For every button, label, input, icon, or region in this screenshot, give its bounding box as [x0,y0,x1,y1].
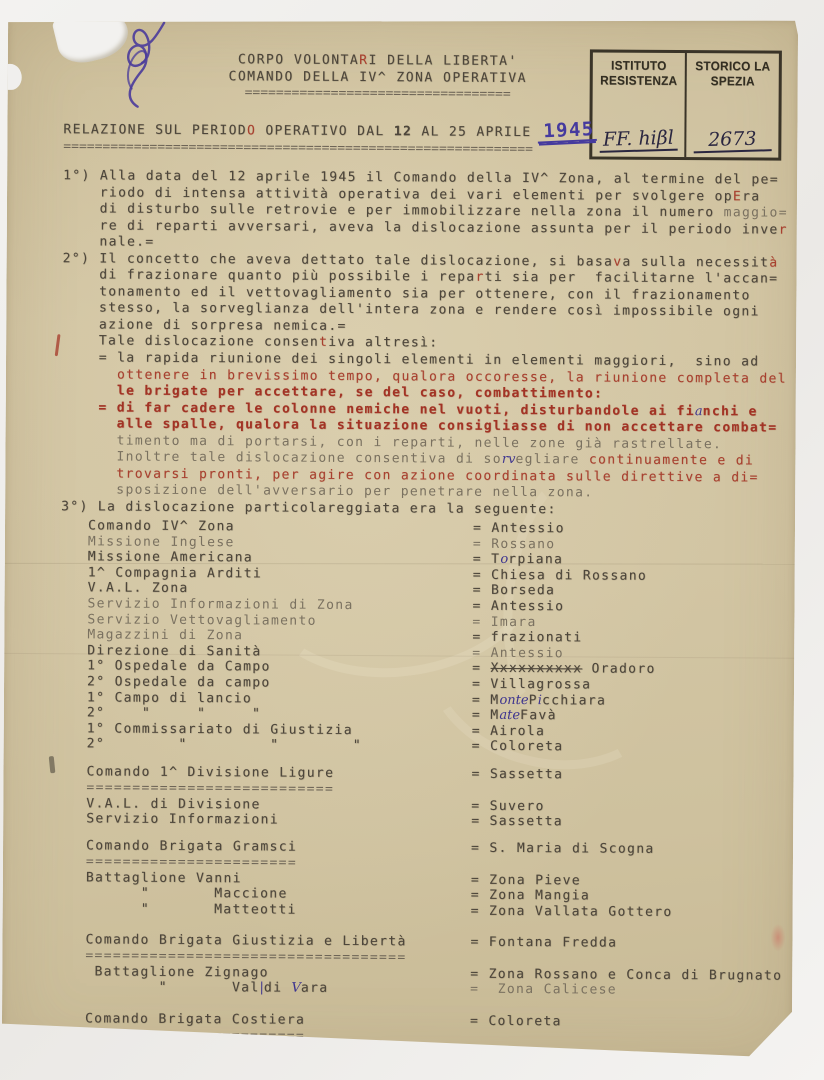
unit-label: 2° " " " [87,737,472,755]
report-title: RELAZIONE SUL PERIODO OPERATIVO DAL 12 A… [63,122,531,140]
location-value: = Antessio [473,521,565,537]
text-segment: = Zona Mangia [471,888,590,904]
label-underline: ======================== [85,1027,785,1047]
text-segment: Battaglione Zignago [85,964,269,980]
text-segment: r [779,222,788,237]
text-segment: Missione Americana [88,550,253,566]
text-segment: Oradoro [582,662,656,677]
blank-line [87,752,97,764]
text-segment [61,466,116,481]
text-segment: cchiara [542,693,606,708]
location-value: = Rossano [473,536,556,552]
location-value: = Borseda [473,583,556,599]
text-segment: = frazionati [472,630,582,646]
text-segment: maggio= [724,205,788,220]
text-segment: E [733,189,742,204]
header-rule: ================================== [198,85,558,102]
text-segment: R [359,53,368,68]
text-segment: Comando Brigata Giustizia e Libertà [85,932,406,949]
text-segment: egliare [515,452,589,467]
location-value: = Zona Pieve [471,872,581,888]
text-line: 3°) La dislocazione particolareggiata er… [61,499,773,520]
location-value: = MontePicchiara [472,692,606,708]
text-segment: di frazionare quanto più possibile i rep… [62,267,475,285]
location-value: = Antessio [472,599,564,615]
text-segment: = Rossano [473,536,556,552]
text-segment: v [613,254,622,269]
text-segment: re di reparti avversari, aveva la disloc… [63,218,779,237]
text-segment: = [472,661,490,676]
location-value: = Zona Vallata Gottero [471,904,673,921]
text-segment: I DELLA LIBERTA' [368,53,517,69]
text-segment: = di far cadere le colonne nemiche nel v… [98,400,695,419]
header-line-command: COMANDO DELLA IV^ ZONA OPERATIVA [198,68,558,87]
text-segment: = Zona Vallata Gottero [471,904,673,920]
text-segment: = Villagrossa [472,677,591,693]
text-segment: Comando Brigata Gramsci [86,838,297,854]
text-segment: le brigate per accettare, se del caso, c… [117,384,603,402]
ink-speck [49,756,56,773]
text-segment: 2° " " " [87,705,261,721]
text-segment: rpiana [508,552,563,567]
text-segment: azione di sorpresa nemica.= [62,317,347,334]
location-value: = Chiesa di Rossano [473,568,647,585]
text-segment: 1° Ospedale da Campo [87,659,271,675]
location-value: = Coloreta [472,739,564,755]
text-segment: Comando IV^ Zona [88,518,235,534]
report-title-block: RELAZIONE SUL PERIODO OPERATIVO DAL 12 A… [63,118,596,157]
text-segment: = Imara [472,614,536,629]
report-paragraphs: 1°) Alla data del 12 aprile 1945 il Coma… [61,168,775,520]
photo-backdrop: ISTITUTO RESISTENZA FF. hiβl STORICO LA … [0,0,824,1080]
text-segment: OPERATIVO DAL [256,123,394,139]
text-segment: Servizio Vettovagliamento [87,612,317,628]
text-segment: = S. Maria di Scogna [471,841,655,857]
text-segment: = Antessio [472,645,564,661]
text-segment: = Antessio [473,521,565,537]
location-value: = Airola [472,723,546,739]
text-segment: = M [472,692,500,707]
text-segment: Comando Brigata Costiera [85,1012,305,1028]
blank-line [85,996,95,1012]
text-segment: = Sassetta [471,814,563,830]
location-value: = S. Maria di Scogna [471,841,655,858]
text-segment: O [247,123,256,138]
text-segment [62,367,117,382]
text-segment: = Zona Rossano e Conca di Brugnato [470,966,782,983]
text-segment [62,416,117,431]
document-page: ISTITUTO RESISTENZA FF. hiβl STORICO LA … [2,16,798,1061]
text-segment: = Suvero [471,798,545,813]
blank-line [86,827,96,838]
text-segment [62,400,99,415]
text-segment: = Borseda [473,583,556,599]
text-segment: Magazzini di Zona [87,628,243,644]
text-segment: 12 [394,124,412,139]
location-value: = Zona Mangia [471,888,590,905]
text-segment: 1° Commissariato di Giustizia [87,721,353,738]
text-segment: t [319,335,328,350]
list-row: 2° " " "= Coloreta [87,737,787,757]
text-segment: ra [742,189,760,204]
list-row: Servizio Informazioni= Sassetta [86,812,786,832]
text-segment: = Zona Calicese [470,982,617,998]
location-value: = Villagrossa [472,677,591,693]
location-value: = Antessio [472,645,564,661]
text-segment: r [475,270,484,285]
location-value: = Suvero [471,798,545,814]
location-value: = Sassetta [471,767,563,783]
text-segment: = Coloreta [470,1014,562,1030]
text-segment: = Antessio [472,599,564,615]
text-segment: = Chiesa di Rossano [473,568,647,584]
text-segment: 2° " " " [87,737,362,754]
text-segment: Servizio Informazioni [86,812,279,828]
text-segment: Inoltre tale dislocazione consentiva di … [61,450,502,468]
text-segment: 1^ Compagnia Arditi [88,565,262,581]
text-segment: nale.= [63,234,155,250]
text-segment: = Fontana Fredda [470,935,617,951]
text-segment: = Airola [472,723,546,738]
text-segment: Battaglione Vanni [86,870,242,886]
text-segment: 2°) Il concetto che aveva dettato tale d… [63,251,614,269]
unit-label: Servizio Informazioni [86,812,471,830]
location-value: = Sassetta [471,814,563,830]
text-segment: V.A.L. Zona [88,581,189,597]
text-segment: = M [472,708,500,723]
text-segment: Favà [520,708,557,723]
text-segment: P [529,693,538,708]
text-segment: onte [499,692,528,707]
text-segment: " Matteotti [86,902,297,918]
unit-label: " Val|di Vara [85,980,470,998]
text-segment: = Sassetta [471,767,563,783]
text-segment: CORPO VOLONTA [238,52,359,68]
text-segment: AL 25 APRILE [412,124,531,140]
header-line-organization: CORPO VOLONTARI DELLA LIBERTA' [198,51,558,70]
red-smudge [770,924,785,952]
location-value: = Fontana Fredda [470,935,617,952]
handwritten-year: 1945 [537,120,597,144]
text-segment: Tale dislocazione consen [62,334,319,351]
text-segment: a sulla necessit [622,254,769,270]
document-header: CORPO VOLONTARI DELLA LIBERTA' COMANDO D… [198,51,558,102]
text-segment: Comando 1^ Divisione Ligure [86,764,334,781]
text-segment: V [291,981,300,996]
text-segment: = Zona Pieve [471,872,581,888]
location-value: = MateFavà [472,708,557,724]
location-value: = Xxxxxxxxxx Oradoro [472,661,656,678]
title-rule: ========================================… [63,139,596,157]
typewritten-content: CORPO VOLONTARI DELLA LIBERTA' COMANDO D… [2,16,798,1061]
text-segment [62,383,117,398]
red-margin-mark [55,334,61,356]
text-segment: V.A.L. di Divisione [86,796,260,812]
unit-label: Comando 1^ Divisione Ligure [86,764,471,782]
text-segment: sposizione dell'avversario per penetrare… [61,483,593,501]
text-segment: = T [473,552,501,567]
text-segment: Xxxxxxxxxx [490,661,582,677]
text-segment: nchi e [703,404,758,419]
text-segment: Direzione di Sanità [87,643,261,659]
text-segment: RELAZIONE SUL PERIOD [63,122,247,138]
text-segment: iva altresì: [328,335,438,351]
location-value: = Torpiana [473,552,564,568]
text-segment: = Coloreta [472,739,564,755]
text-segment: ate [499,708,520,723]
text-segment: à [769,255,778,270]
text-segment: 2° Ospedale da campo [87,674,271,690]
blank-line [86,917,96,932]
text-segment: Missione Inglese [88,534,235,550]
location-value: = Zona Calicese [470,982,617,999]
location-value: = Zona Rossano e Conca di Brugnato [470,966,782,984]
text-segment: trovarsi pronti, per agire con azione co… [116,466,758,485]
location-value: = frazionati [472,630,582,646]
list-row: " Matteotti= Zona Vallata Gottero [86,902,786,922]
unit-label: " Matteotti [86,902,471,920]
text-segment: COMANDO DELLA IV^ ZONA OPERATIVA [228,69,527,86]
text-segment: Servizio Informazioni di Zona [87,596,353,613]
location-value: = Coloreta [470,1014,562,1030]
dislocation-list: Comando IV^ Zona= AntessioMissione Ingle… [85,518,788,1047]
text-segment: 3°) La dislocazione particolareggiata er… [61,499,557,517]
text-segment: ti sia per facilitarne l'accan= [485,270,779,287]
text-segment: di [264,981,292,996]
location-value: = Imara [472,614,536,630]
text-segment: ara [301,981,329,996]
text-segment: rv [502,452,516,467]
text-segment: 1° Campo di lancio [87,690,252,706]
text-segment: a [695,404,703,419]
text-segment: " Maccione [86,886,288,902]
text-segment: " Val [85,980,259,996]
text-segment: continuamente e di [589,453,754,469]
